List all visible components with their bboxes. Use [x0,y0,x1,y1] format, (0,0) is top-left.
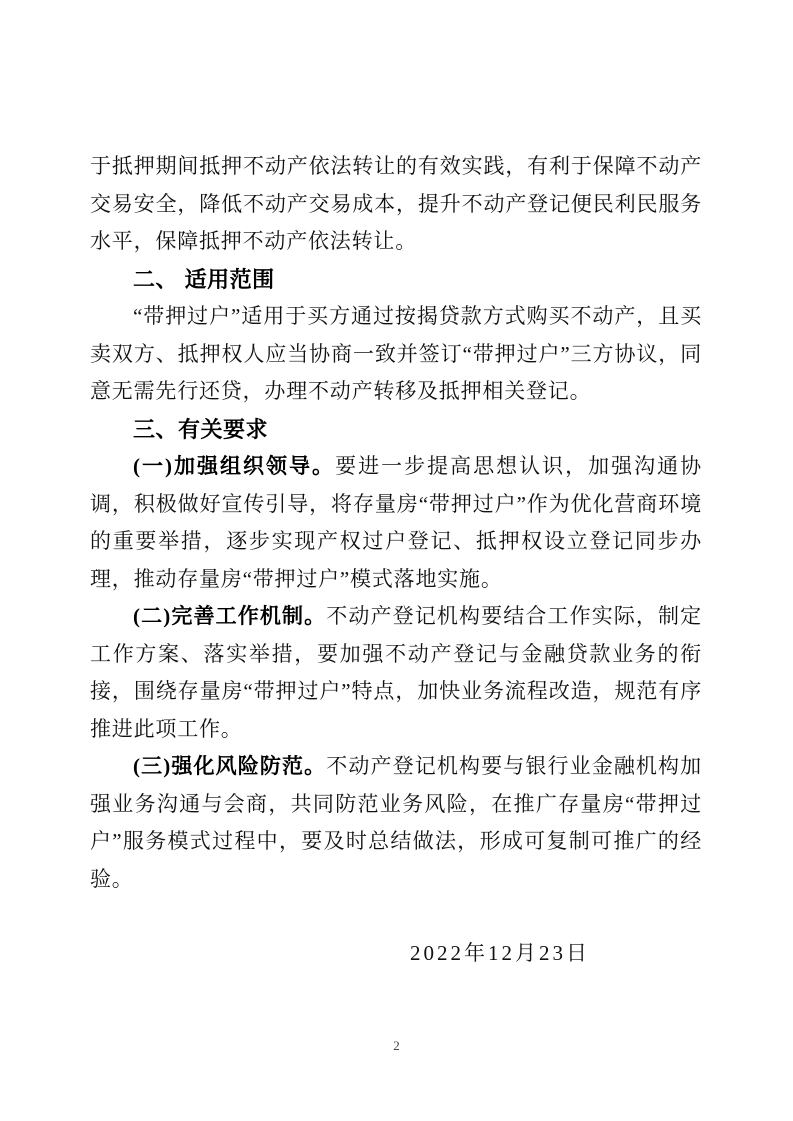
section-heading-scope: 二、 适用范围 [90,261,702,299]
paragraph-item-1: (一)加强组织领导。要进一步提高思想认识，加强沟通协调，积极做好宣传引导，将存量… [90,448,702,598]
item-2-lead: (二)完善工作机制。 [133,604,326,628]
document-body: 于抵押期间抵押不动产依法转让的有效实践，有利于保障不动产交易安全，降低不动产交易… [90,148,702,973]
document-page: 于抵押期间抵押不动产依法转让的有效实践，有利于保障不动产交易安全，降低不动产交易… [0,0,793,1121]
paragraph-intro-continuation: 于抵押期间抵押不动产依法转让的有效实践，有利于保障不动产交易安全，降低不动产交易… [90,148,702,261]
item-3-lead: (三)强化风险防范。 [133,754,326,778]
page-number: 2 [0,1038,793,1054]
paragraph-item-3: (三)强化风险防范。不动产登记机构要与银行业金融机构加强业务沟通与会商，共同防范… [90,748,702,898]
paragraph-item-2: (二)完善工作机制。不动产登记机构要结合工作实际，制定工作方案、落实举措，要加强… [90,598,702,748]
document-date: 2022年12月23日 [90,935,702,973]
section-heading-requirements: 三、有关要求 [90,411,702,449]
paragraph-scope: “带押过户”适用于买方通过按揭贷款方式购买不动产，且买卖双方、抵押权人应当协商一… [90,298,702,411]
item-1-lead: (一)加强组织领导。 [133,454,335,478]
